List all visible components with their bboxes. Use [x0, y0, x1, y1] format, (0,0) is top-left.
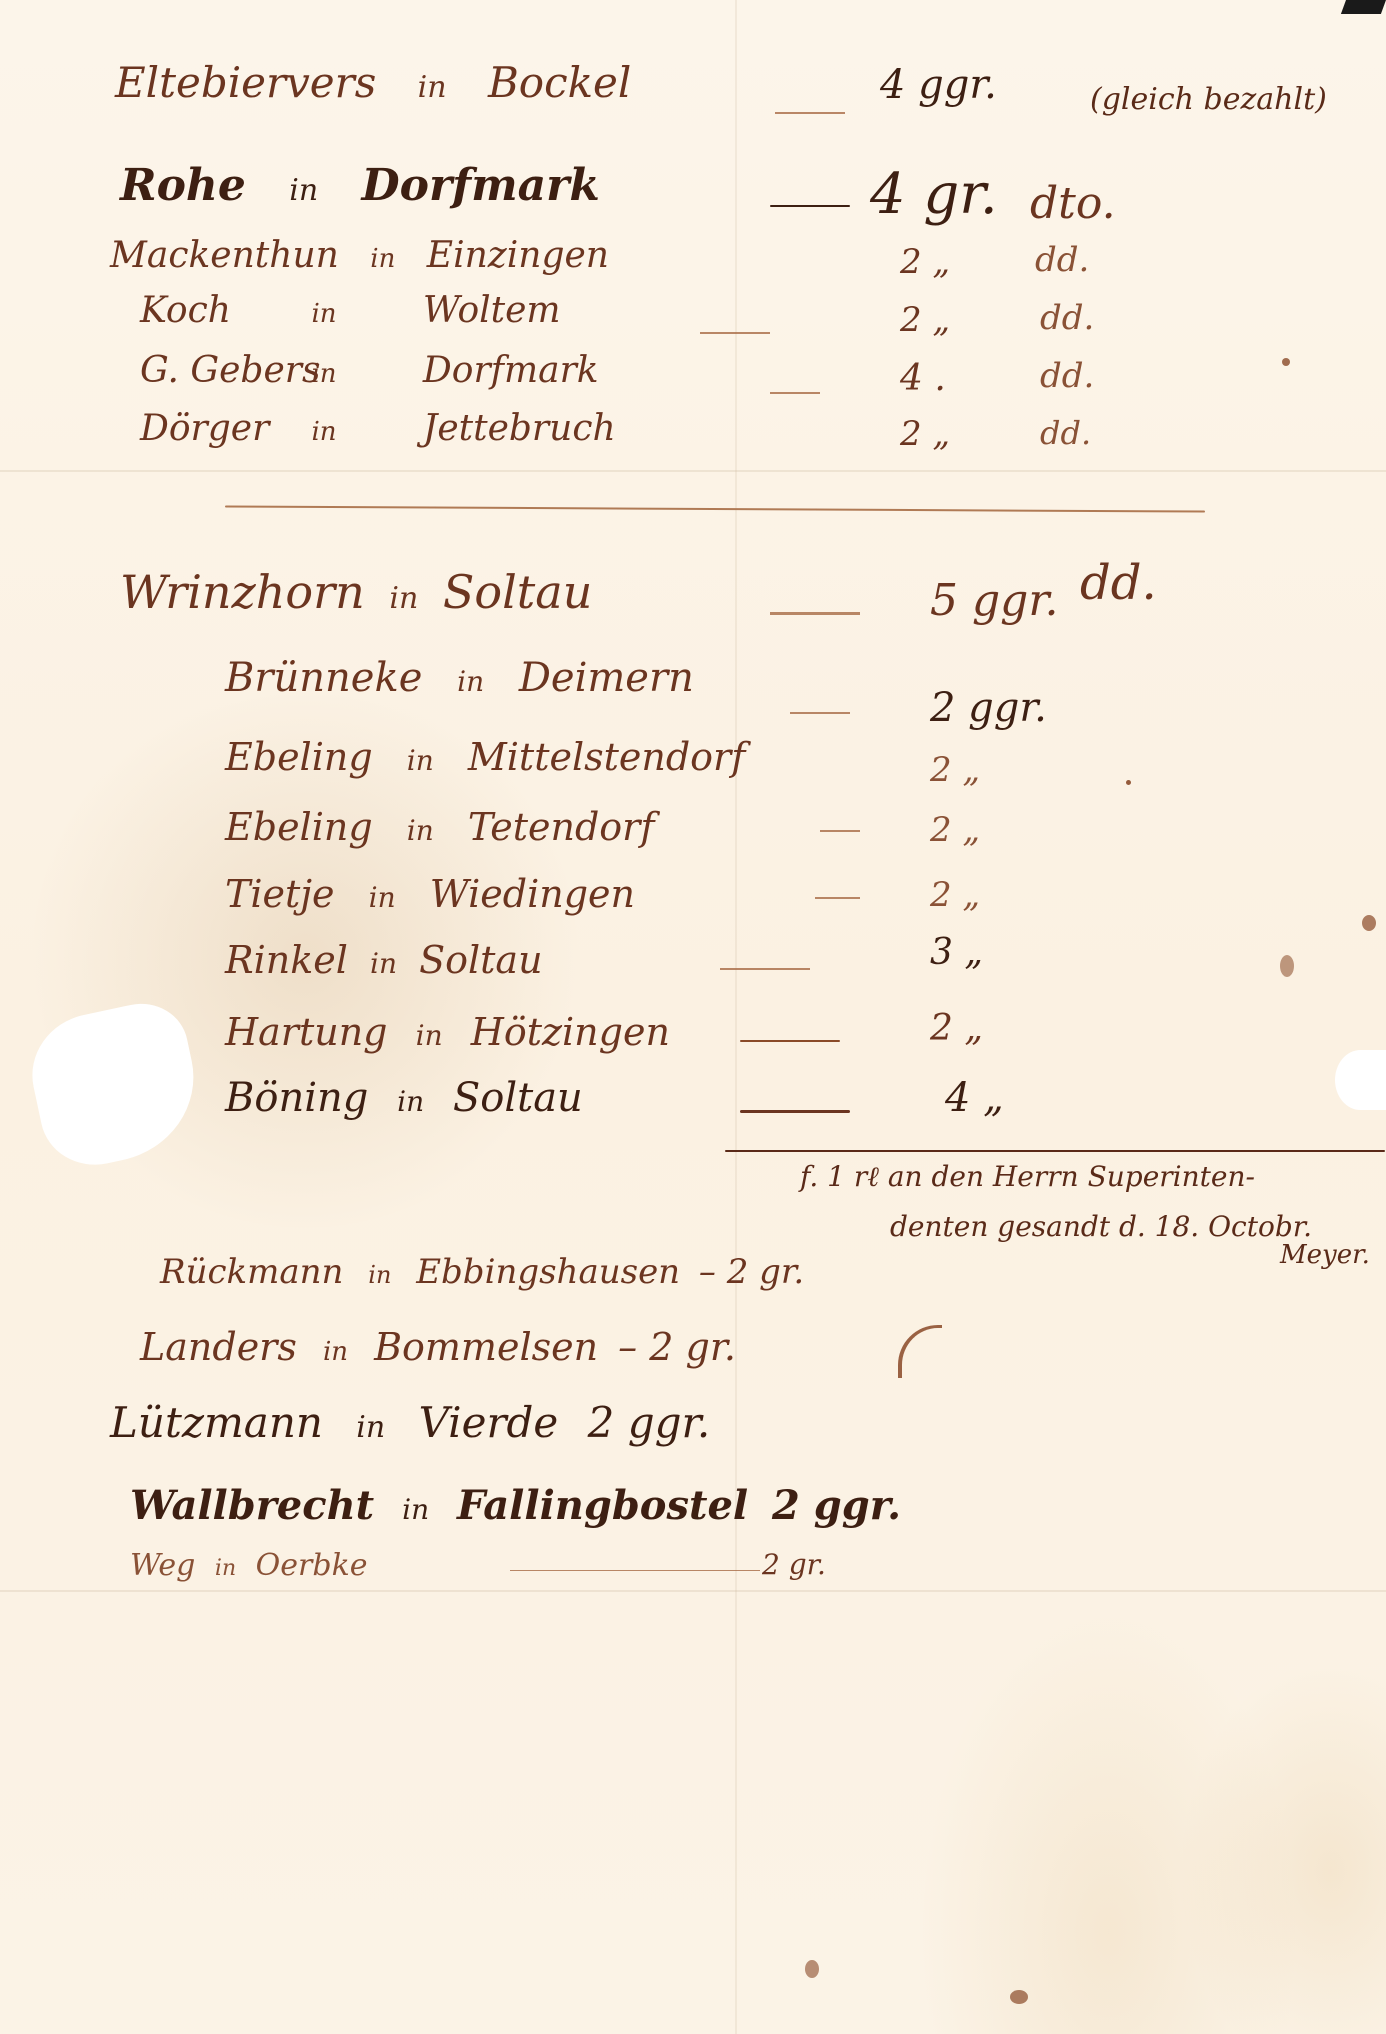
entry-name: Ebeling — [225, 735, 373, 779]
entry-note: dd. — [1035, 240, 1089, 280]
entry-name: Tietje — [225, 872, 335, 916]
entry-name: G. Gebers — [140, 350, 300, 391]
entry-prep: in — [397, 1085, 424, 1118]
list-item: Eltebiervers in Bockel — [115, 58, 631, 107]
ink-stain — [805, 1960, 819, 1978]
entry-note: dd. — [1080, 555, 1157, 611]
entry-prep: in — [311, 359, 411, 389]
entry-prep: in — [311, 299, 411, 329]
entry-name: Rückmann — [160, 1252, 343, 1292]
list-item: Böning in Soltau — [225, 1075, 583, 1121]
entry-name: Dörger — [140, 408, 300, 449]
entry-prep: in — [289, 173, 318, 208]
entry-prep: in — [416, 1019, 443, 1052]
list-item: Landers in Bommelsen – 2 gr. — [140, 1325, 736, 1369]
list-item: Wallbrecht in Fallingbostel 2 ggr. — [130, 1482, 901, 1529]
entry-name: Koch — [140, 290, 300, 331]
list-item: Weg in Oerbke — [130, 1548, 368, 1583]
ink-stain — [1362, 915, 1376, 931]
list-item: Ebeling in Tetendorf — [225, 805, 654, 849]
entry-amount: 4 „ — [945, 1075, 1004, 1121]
entry-prep: in — [323, 1337, 348, 1367]
list-item: Ebeling in Mittelstendorf — [225, 735, 745, 779]
entry-name: Rohe — [120, 160, 246, 211]
entry-amount: 2 „ — [930, 1008, 983, 1049]
entry-name: Rinkel — [225, 938, 348, 982]
entry-prep: in — [407, 814, 434, 847]
entry-note: dd. — [1040, 356, 1094, 396]
entry-prep: in — [356, 1410, 385, 1445]
entry-amount: 2 „ — [930, 810, 980, 850]
list-item: Rinkel in Soltau — [225, 938, 543, 982]
entry-prep: in — [370, 244, 395, 274]
entry-name: Eltebiervers — [115, 58, 376, 107]
entry-name: Mackenthun — [110, 235, 339, 276]
entry-place: Ebbingshausen — [416, 1252, 680, 1292]
entry-name: Landers — [140, 1325, 297, 1369]
entry-place: Fallingbostel — [457, 1482, 748, 1529]
entry-prep: in — [407, 744, 434, 777]
entry-name: Lützmann — [110, 1398, 323, 1447]
entry-place: Deimern — [519, 655, 694, 701]
entry-place: Soltau — [443, 565, 592, 619]
entry-place: Tetendorf — [468, 805, 655, 849]
entry-name: Hartung — [225, 1010, 388, 1054]
entry-place: Hötzingen — [471, 1010, 670, 1054]
remark-line: f. 1 rℓ an den Herrn Superinten- — [800, 1160, 1255, 1194]
entry-name: Ebeling — [225, 805, 373, 849]
entry-place: Wiedingen — [430, 872, 635, 916]
entry-prep: in — [418, 70, 447, 105]
entry-amount: 2 „ — [900, 300, 950, 340]
entry-name: Wallbrecht — [130, 1482, 374, 1529]
entry-amount: 5 ggr. — [930, 575, 1059, 626]
list-item: Dörger in Jettebruch — [140, 408, 616, 449]
entry-place: Einzingen — [427, 235, 609, 276]
remark-line: denten gesandt d. 18. Octobr. — [890, 1210, 1312, 1243]
list-header-entry: Wrinzhorn in Soltau — [120, 565, 592, 619]
entry-place: Bommelsen — [374, 1325, 598, 1369]
list-item: G. Gebers in Dorfmark — [140, 350, 599, 391]
entry-amount: 4 ggr. — [880, 62, 997, 108]
entry-place: Oerbke — [256, 1548, 368, 1583]
entry-amount: 4 . — [900, 358, 946, 399]
scan-corner — [1341, 0, 1386, 14]
entry-amount: 2 „ — [930, 875, 980, 915]
entry-name: Böning — [225, 1075, 368, 1121]
entry-amount: 2 ggr. — [930, 685, 1047, 731]
entry-amount: 3 „ — [930, 932, 983, 973]
entry-place: Jettebruch — [423, 408, 616, 449]
entry-place: Woltem — [423, 290, 561, 331]
total-rule — [725, 1150, 1385, 1152]
ink-dot — [1282, 358, 1290, 366]
list-item: Koch in Woltem — [140, 290, 561, 331]
remark-signature: Meyer. — [1280, 1240, 1370, 1270]
entry-place: Dorfmark — [361, 160, 599, 211]
entry-note: (gleich bezahlt) — [1090, 82, 1327, 117]
entry-amount: 2 „ — [930, 750, 980, 790]
list-item: Lützmann in Vierde 2 ggr. — [110, 1398, 710, 1447]
list-item: Mackenthun in Einzingen — [110, 235, 609, 276]
fold-line — [735, 0, 737, 2034]
ink-dot — [1126, 780, 1131, 785]
entry-prep: in — [402, 1493, 429, 1526]
entry-name: Weg — [130, 1548, 195, 1583]
entry-prep: in — [457, 665, 484, 698]
list-item: Tietje in Wiedingen — [225, 872, 635, 916]
entry-prep: in — [370, 947, 397, 980]
entry-prep: in — [311, 417, 411, 447]
entry-place: Dorfmark — [423, 350, 599, 391]
entry-place: Mittelstendorf — [468, 735, 745, 779]
entry-note: dd. — [1040, 414, 1091, 452]
entry-amount: 2 ggr. — [772, 1482, 901, 1529]
entry-amount: 2 ggr. — [588, 1398, 711, 1447]
entry-prep: in — [368, 1261, 391, 1289]
ink-stain — [1010, 1990, 1028, 2004]
entry-place: Vierde — [419, 1398, 559, 1447]
list-item: Rückmann in Ebbingshausen – 2 gr. — [160, 1252, 804, 1292]
entry-note: dto. — [1030, 178, 1116, 229]
list-item: Rohe in Dorfmark — [120, 160, 600, 211]
entry-amount: – 2 gr. — [699, 1252, 804, 1292]
entry-amount: 2 gr. — [762, 1548, 826, 1581]
list-item: Brünneke in Deimern — [225, 655, 694, 701]
fold-line — [0, 1590, 1386, 1592]
entry-place: Soltau — [419, 938, 542, 982]
entry-amount: 4 gr. — [870, 162, 998, 227]
entry-place: Bockel — [488, 58, 631, 107]
entry-prep: in — [369, 881, 396, 914]
entry-note: dd. — [1040, 298, 1094, 338]
entry-name: Wrinzhorn — [120, 565, 365, 619]
entry-amount: – 2 gr. — [618, 1325, 736, 1369]
list-item: Hartung in Hötzingen — [225, 1010, 670, 1054]
ink-stain — [1280, 955, 1294, 977]
entry-prep: in — [389, 581, 418, 616]
entry-place: Soltau — [453, 1075, 583, 1121]
paper-tear — [1335, 1050, 1386, 1110]
fold-line — [0, 470, 1386, 472]
entry-prep: in — [215, 1556, 236, 1581]
entry-amount: 2 „ — [900, 414, 950, 454]
entry-amount: 2 „ — [900, 242, 950, 282]
entry-name: Brünneke — [225, 655, 422, 701]
